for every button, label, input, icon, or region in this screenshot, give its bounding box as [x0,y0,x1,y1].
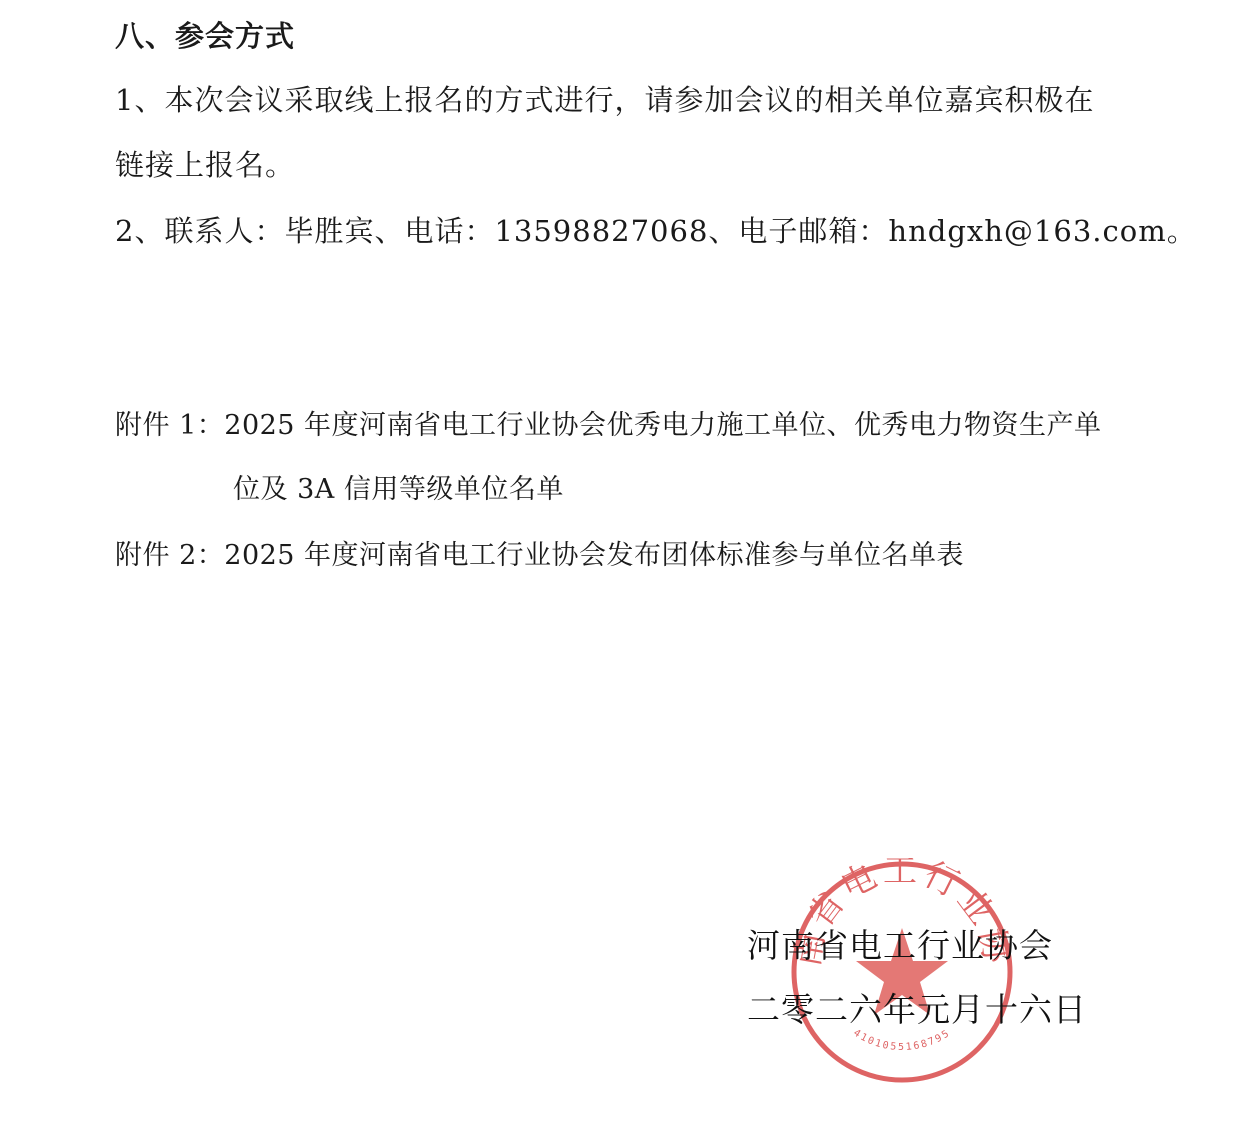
official-seal-icon: 河南省电工行业协会 4101055168795 [788,858,1016,1086]
signature-date: 二零二六年元月十六日 [747,990,1087,1030]
attachment-2: 附件 2：2025 年度河南省电工行业协会发布团体标准参与单位名单表 [115,538,964,574]
attachment-1-line-2: 位及 3A 信用等级单位名单 [233,472,564,508]
svg-text:4101055168795: 4101055168795 [851,1028,953,1053]
paragraph-1-line-2: 链接上报名。 [115,147,295,183]
paragraph-2-contact: 2、联系人：毕胜宾、电话：13598827068、电子邮箱：hndgxh@163… [115,213,1197,249]
section-heading: 八、参会方式 [115,18,295,54]
seal-serial: 4101055168795 [851,1028,953,1053]
attachment-1-line-1: 附件 1：2025 年度河南省电工行业协会优秀电力施工单位、优秀电力物资生产单 [115,408,1102,444]
paragraph-1-line-1: 1、本次会议采取线上报名的方式进行，请参加会议的相关单位嘉宾积极在 [115,82,1094,118]
signature-organization: 河南省电工行业协会 [747,926,1053,966]
document-page: 八、参会方式 1、本次会议采取线上报名的方式进行，请参加会议的相关单位嘉宾积极在… [0,0,1241,1135]
